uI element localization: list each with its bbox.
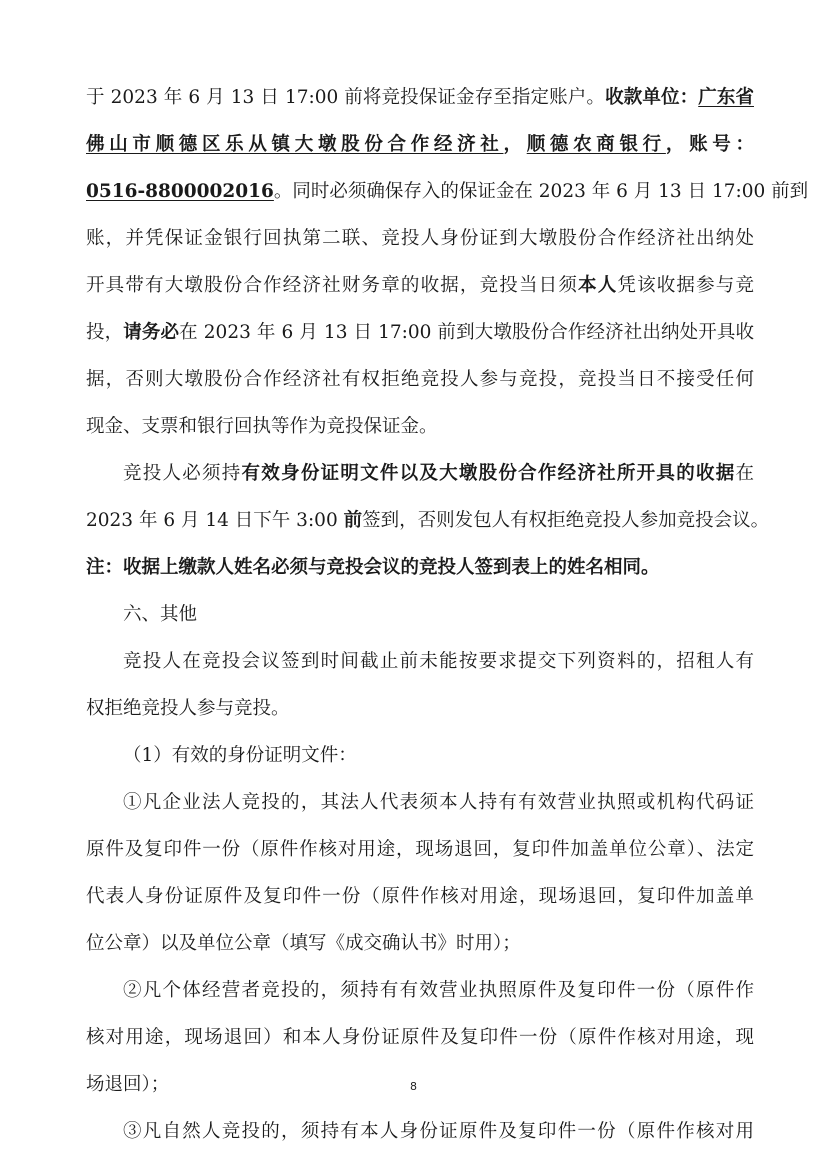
text-line: 开具带有大墩股份合作经济社财务章的收据，竞投当日须本人凭该收据参与竞 bbox=[86, 272, 754, 300]
text-line: 权拒绝竞投人参与竞投。 bbox=[86, 695, 290, 723]
text-span: 位公章）以及单位公章（填写《成交确认书》时用）； bbox=[86, 933, 521, 954]
text-span: 据，否则大墩股份合作经济社有权拒绝竞投人参与竞投，竞投当日不接受任何 bbox=[86, 369, 754, 390]
bank-name: 顺德农商银行 bbox=[527, 134, 666, 155]
text-line: 于 2023 年 6 月 13 日 17:00 前将竞投保证金存至指定账户。收款… bbox=[86, 84, 754, 112]
text-span: ③凡自然人竞投的，须持有本人身份证原件及复印件一份（原件作核对用 bbox=[123, 1121, 754, 1142]
text-span: 原件及复印件一份（原件作核对用途，现场退回，复印件加盖单位公章）、法定 bbox=[86, 839, 754, 860]
text-span: 竞投人在竞投会议签到时间截止前未能按要求提交下列资料的，招租人有 bbox=[123, 651, 754, 672]
payee-name: 佛山市顺德区乐从镇大墩股份合作经济社 bbox=[86, 134, 504, 155]
text-line: 据，否则大墩股份合作经济社有权拒绝竞投人参与竞投，竞投当日不接受任何 bbox=[86, 366, 754, 394]
text-line: 竞投人必须持有效身份证明文件以及大墩股份合作经济社所开具的收据在 bbox=[123, 460, 754, 488]
text-span: 竞投人必须持 bbox=[123, 463, 242, 484]
text-span: 权拒绝竞投人参与竞投。 bbox=[86, 698, 290, 719]
list-item: ①凡企业法人竞投的，其法人代表须本人持有有效营业执照或机构代码证 bbox=[123, 789, 754, 817]
text-span: 代表人身份证原件及复印件一份（原件作核对用途，现场退回，复印件加盖单 bbox=[86, 886, 754, 907]
text-line: 现金、支票和银行回执等作为竞投保证金。 bbox=[86, 413, 438, 441]
section-title: 六、其他 bbox=[123, 604, 197, 625]
text-line: 位公章）以及单位公章（填写《成交确认书》时用）； bbox=[86, 930, 521, 958]
account-label: ，账号： bbox=[666, 134, 754, 155]
emphasis-text: 前 bbox=[344, 510, 363, 531]
text-span: 2023 年 6 月 14 日下午 3:00 bbox=[86, 510, 344, 531]
text-span: 核对用途，现场退回）和本人身份证原件及复印件一份（原件作核对用途，现 bbox=[86, 1027, 754, 1048]
text-span: 在 2023 年 6 月 13 日 17:00 前到大墩股份合作经济社出纳处开具… bbox=[179, 322, 754, 343]
account-number: 0516-8800002016 bbox=[86, 181, 274, 202]
page-number: 8 bbox=[0, 1080, 827, 1093]
text-line: 0516-8800002016。同时必须确保存入的保证金在 2023 年 6 月… bbox=[86, 178, 754, 206]
text-line: 2023 年 6 月 14 日下午 3:00 前签到，否则发包人有权拒绝竞投人参… bbox=[86, 507, 754, 535]
emphasis-text: 本人 bbox=[578, 275, 617, 296]
text-line: 账，并凭保证金银行回执第二联、竞投人身份证到大墩股份合作经济社出纳处 bbox=[86, 225, 754, 253]
text-span: 现金、支票和银行回执等作为竞投保证金。 bbox=[86, 416, 438, 437]
text-line: 原件及复印件一份（原件作核对用途，现场退回，复印件加盖单位公章）、法定 bbox=[86, 836, 754, 864]
list-item: ③凡自然人竞投的，须持有本人身份证原件及复印件一份（原件作核对用 bbox=[123, 1118, 754, 1146]
text-line: 投，请务必在 2023 年 6 月 13 日 17:00 前到大墩股份合作经济社… bbox=[86, 319, 754, 347]
payee-name-part: 广东省 bbox=[698, 87, 754, 108]
text-span: 投， bbox=[86, 322, 123, 343]
list-heading: （1）有效的身份证明文件： bbox=[123, 742, 357, 770]
text-span: 开具带有大墩股份合作经济社财务章的收据，竞投当日须 bbox=[86, 275, 578, 296]
text-span: ②凡个体经营者竞投的，须持有有效营业执照原件及复印件一份（原件作 bbox=[123, 980, 754, 1001]
text-span: 。同时必须确保存入的保证金在 2023 年 6 月 13 日 17:00 前到 bbox=[274, 181, 808, 202]
text-line: 竞投人在竞投会议签到时间截止前未能按要求提交下列资料的，招租人有 bbox=[123, 648, 754, 676]
text-span: 于 2023 年 6 月 13 日 17:00 前将竞投保证金存至指定账户。 bbox=[86, 87, 605, 108]
list-heading-text: （1）有效的身份证明文件： bbox=[123, 745, 357, 766]
punctuation: ， bbox=[504, 134, 527, 155]
text-line: 代表人身份证原件及复印件一份（原件作核对用途，现场退回，复印件加盖单 bbox=[86, 883, 754, 911]
text-span: 凭该收据参与竞 bbox=[617, 275, 754, 296]
payee-label: 收款单位： bbox=[605, 87, 698, 108]
list-item: ②凡个体经营者竞投的，须持有有效营业执照原件及复印件一份（原件作 bbox=[123, 977, 754, 1005]
note-line: 注：收据上缴款人姓名必须与竞投会议的竞投人签到表上的姓名相同。 bbox=[86, 554, 660, 582]
text-span: 签到，否则发包人有权拒绝竞投人参加竞投会议。 bbox=[362, 510, 769, 531]
section-heading: 六、其他 bbox=[123, 601, 197, 629]
text-span: 账，并凭保证金银行回执第二联、竞投人身份证到大墩股份合作经济社出纳处 bbox=[86, 228, 754, 249]
note-text: 注：收据上缴款人姓名必须与竞投会议的竞投人签到表上的姓名相同。 bbox=[86, 557, 660, 578]
text-span: 在 bbox=[735, 463, 754, 484]
text-line: 佛山市顺德区乐从镇大墩股份合作经济社，顺德农商银行，账号： bbox=[86, 131, 754, 159]
text-span: ①凡企业法人竞投的，其法人代表须本人持有有效营业执照或机构代码证 bbox=[123, 792, 754, 813]
emphasis-text: 请务必 bbox=[123, 322, 179, 343]
emphasis-text: 有效身份证明文件以及大墩股份合作经济社所开具的收据 bbox=[242, 463, 736, 484]
text-line: 核对用途，现场退回）和本人身份证原件及复印件一份（原件作核对用途，现 bbox=[86, 1024, 754, 1052]
